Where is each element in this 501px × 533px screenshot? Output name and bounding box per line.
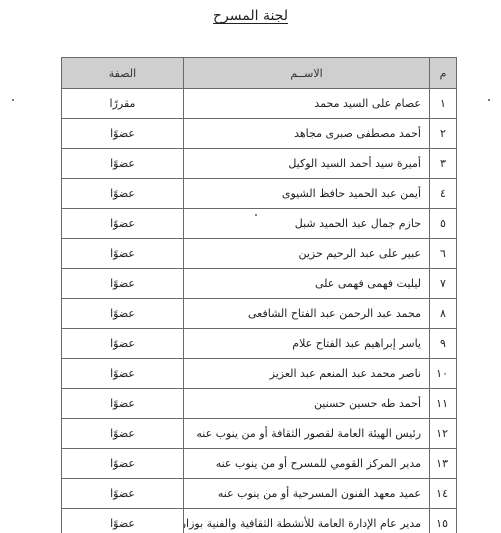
member-role: عضوًا (62, 509, 184, 533)
member-name: رئيس الهيئة العامة لقصور الثقافة أو من ي… (184, 419, 430, 449)
member-name: عبير على عبد الرحيم حزين (184, 239, 430, 269)
member-role: عضوًا (62, 239, 184, 269)
table-row: ٦ عبير على عبد الرحيم حزين عضوًا (62, 239, 457, 269)
member-name: محمد عبد الرحمن عبد الفتاح الشافعى (184, 299, 430, 329)
member-role: عضوًا (62, 449, 184, 479)
member-name: مدير عام الإدارة العامة للأنشطة الثقافية… (184, 509, 430, 533)
member-name: أحمد مصطفى صبرى مجاهد (184, 119, 430, 149)
member-role: عضوًا (62, 389, 184, 419)
member-name: أحمد طه حسين حسنين (184, 389, 430, 419)
member-role: عضوًا (62, 299, 184, 329)
row-number: ٣ (430, 149, 457, 179)
member-name: أيمن عبد الحميد حافظ الشيوى (184, 179, 430, 209)
table-row: ٧ ليليت فهمى فهمى على عضوًا (62, 269, 457, 299)
member-role: عضوًا (62, 269, 184, 299)
row-number: ١٥ (430, 509, 457, 533)
row-number: ١٤ (430, 479, 457, 509)
row-number: ٤ (430, 179, 457, 209)
scan-speck (255, 214, 257, 216)
header-number: م (430, 58, 457, 89)
member-role: عضوًا (62, 359, 184, 389)
member-name: حازم جمال عبد الحميد شبل (184, 209, 430, 239)
row-number: ١ (430, 89, 457, 119)
document-title: لجنة المسرح (213, 8, 288, 24)
row-number: ١٠ (430, 359, 457, 389)
member-role: عضوًا (62, 479, 184, 509)
table-header-row: م الاســم الصفة (62, 58, 457, 89)
table-row: ١٣ مدير المركز القومي للمسرح أو من ينوب … (62, 449, 457, 479)
document-title-wrapper: لجنة المسرح (0, 8, 501, 24)
member-role: عضوًا (62, 329, 184, 359)
table-row: ١١ أحمد طه حسين حسنين عضوًا (62, 389, 457, 419)
row-number: ٧ (430, 269, 457, 299)
table-row: ١٤ عميد معهد الفنون المسرحية أو من ينوب … (62, 479, 457, 509)
member-name: أميرة سيد أحمد السيد الوكيل (184, 149, 430, 179)
member-name: ليليت فهمى فهمى على (184, 269, 430, 299)
table-row: ١٢ رئيس الهيئة العامة لقصور الثقافة أو م… (62, 419, 457, 449)
table-row: ٤ أيمن عبد الحميد حافظ الشيوى عضوًا (62, 179, 457, 209)
member-name: عميد معهد الفنون المسرحية أو من ينوب عنه (184, 479, 430, 509)
row-number: ١٢ (430, 419, 457, 449)
table-row: ١٠ ناصر محمد عبد المنعم عبد العزيز عضوًا (62, 359, 457, 389)
member-role: مقررًا (62, 89, 184, 119)
header-name: الاســم (184, 58, 430, 89)
table-row: ٣ أميرة سيد أحمد السيد الوكيل عضوًا (62, 149, 457, 179)
member-role: عضوًا (62, 419, 184, 449)
row-number: ٦ (430, 239, 457, 269)
row-number: ٢ (430, 119, 457, 149)
table-row: ٩ ياسر إبراهيم عبد الفتاح علام عضوًا (62, 329, 457, 359)
row-number: ١١ (430, 389, 457, 419)
member-name: ناصر محمد عبد المنعم عبد العزيز (184, 359, 430, 389)
scan-speck (488, 99, 490, 101)
member-role: عضوًا (62, 149, 184, 179)
row-number: ٥ (430, 209, 457, 239)
table-row: ٢ أحمد مصطفى صبرى مجاهد عضوًا (62, 119, 457, 149)
member-role: عضوًا (62, 179, 184, 209)
member-role: عضوًا (62, 209, 184, 239)
row-number: ١٣ (430, 449, 457, 479)
member-name: مدير المركز القومي للمسرح أو من ينوب عنه (184, 449, 430, 479)
member-name: عصام على السيد محمد (184, 89, 430, 119)
scan-speck (12, 99, 14, 101)
table-row: ٨ محمد عبد الرحمن عبد الفتاح الشافعى عضو… (62, 299, 457, 329)
member-name: ياسر إبراهيم عبد الفتاح علام (184, 329, 430, 359)
table-row: ١ عصام على السيد محمد مقررًا (62, 89, 457, 119)
table-row: ٥ حازم جمال عبد الحميد شبل عضوًا (62, 209, 457, 239)
header-role: الصفة (62, 58, 184, 89)
row-number: ٨ (430, 299, 457, 329)
member-role: عضوًا (62, 119, 184, 149)
committee-members-table: م الاســم الصفة ١ عصام على السيد محمد مق… (61, 57, 457, 533)
table-row: ١٥ مدير عام الإدارة العامة للأنشطة الثقا… (62, 509, 457, 533)
row-number: ٩ (430, 329, 457, 359)
